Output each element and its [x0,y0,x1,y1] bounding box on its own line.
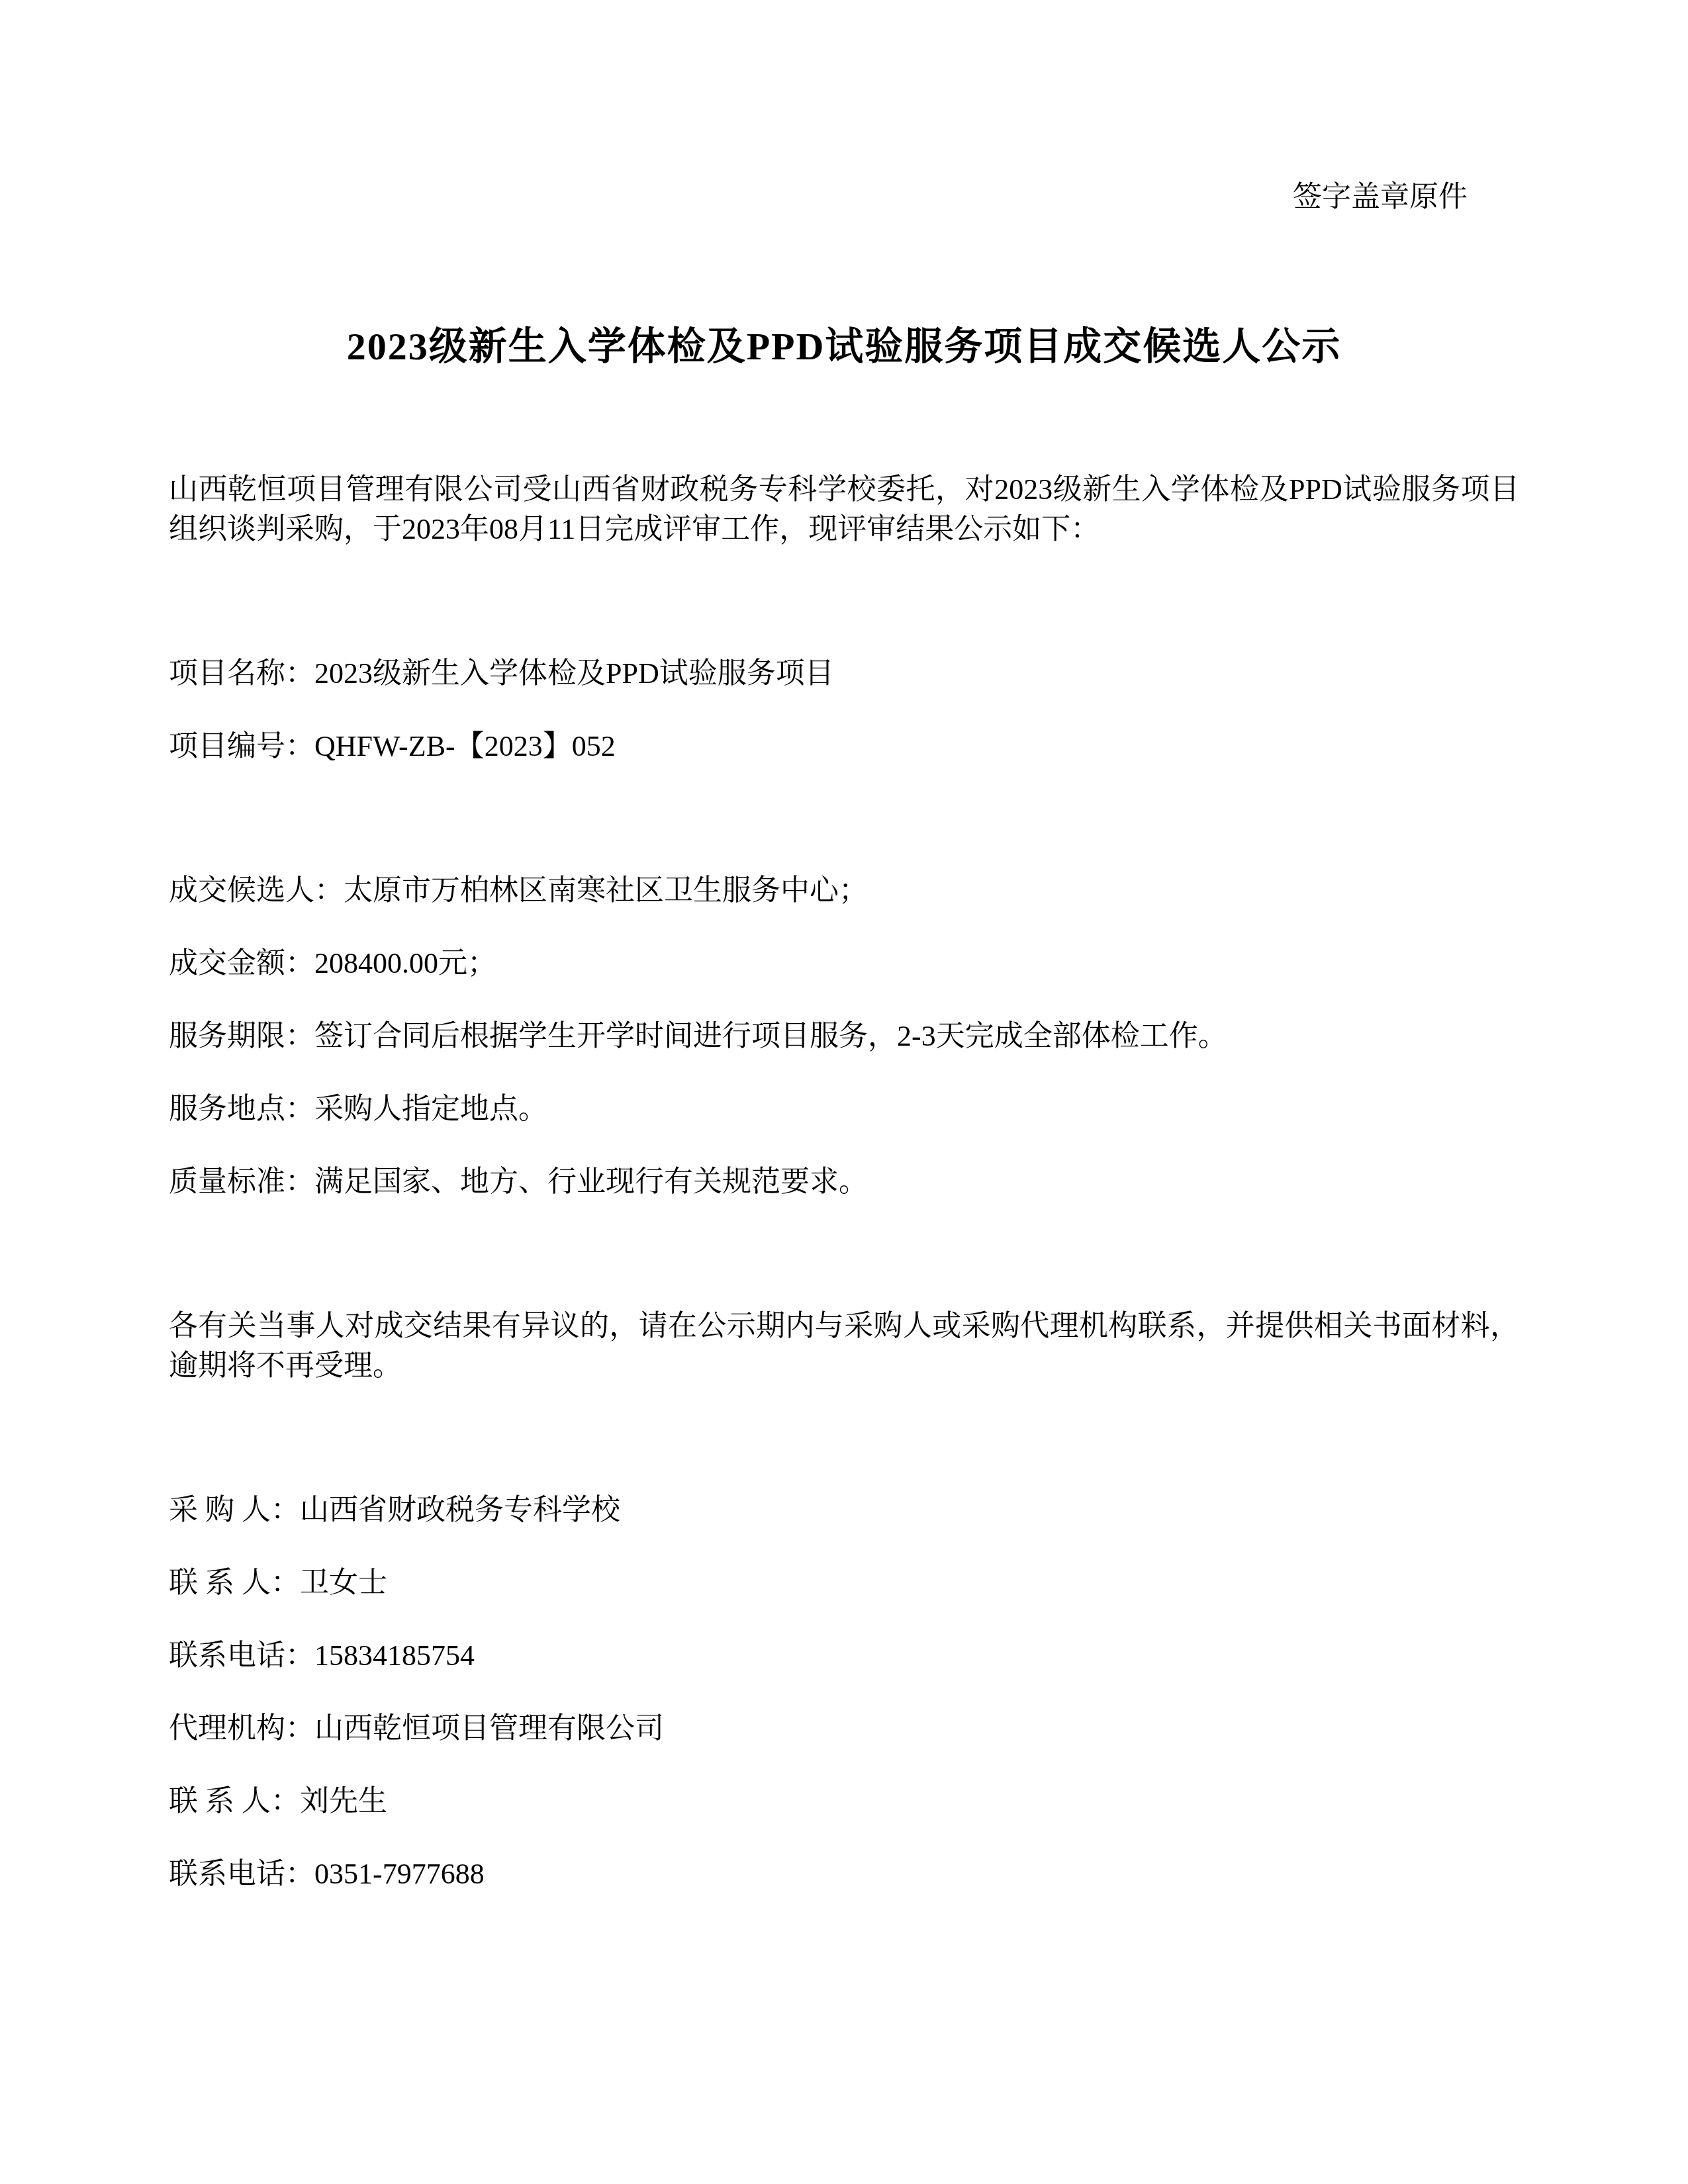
field-purchaser-phone: 联系电话：15834185754 [169,1636,1519,1676]
page-title: 2023级新生入学体检及PPD试验服务项目成交候选人公示 [169,322,1519,372]
intro-paragraph: 山西乾恒项目管理有限公司受山西省财政税务专科学校委托，对2023级新生入学体检及… [169,470,1519,549]
field-purchaser: 采 购 人：山西省财政税务专科学校 [169,1490,1519,1530]
objection-paragraph: 各有关当事人对成交结果有异议的，请在公示期内与采购人或采购代理机构联系，并提供相… [169,1306,1519,1386]
corner-note: 签字盖章原件 [169,177,1519,217]
field-service-location: 服务地点：采购人指定地点。 [169,1089,1519,1129]
field-project-number: 项目编号：QHFW-ZB-【2023】052 [169,727,1519,766]
field-agency: 代理机构：山西乾恒项目管理有限公司 [169,1709,1519,1749]
field-winning-candidate: 成交候选人：太原市万柏林区南寒社区卫生服务中心； [169,871,1519,911]
field-quality-standard: 质量标准：满足国家、地方、行业现行有关规范要求。 [169,1162,1519,1202]
field-project-name: 项目名称：2023级新生入学体检及PPD试验服务项目 [169,654,1519,694]
document-page: 签字盖章原件 2023级新生入学体检及PPD试验服务项目成交候选人公示 山西乾恒… [0,0,1688,2184]
field-agency-phone: 联系电话：0351-7977688 [169,1854,1519,1894]
field-award-amount: 成交金额：208400.00元； [169,944,1519,983]
field-purchaser-contact: 联 系 人：卫女士 [169,1563,1519,1603]
field-service-period: 服务期限：签订合同后根据学生开学时间进行项目服务，2-3天完成全部体检工作。 [169,1017,1519,1056]
field-agency-contact: 联 系 人：刘先生 [169,1782,1519,1821]
